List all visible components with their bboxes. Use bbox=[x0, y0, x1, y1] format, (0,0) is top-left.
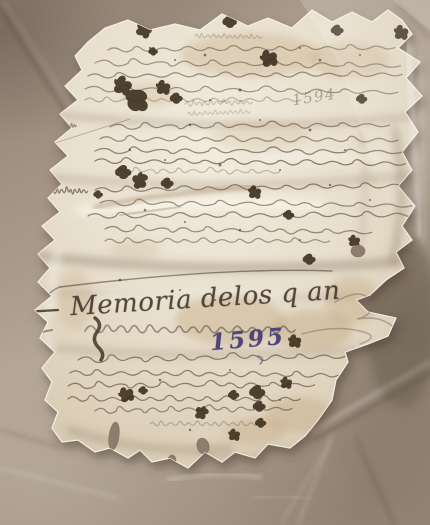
handwriting-line bbox=[4, 349, 30, 355]
manuscript-photo: 1594 Memoria delos q an 1595 bbox=[0, 0, 430, 525]
manuscript-illustration bbox=[0, 0, 430, 525]
